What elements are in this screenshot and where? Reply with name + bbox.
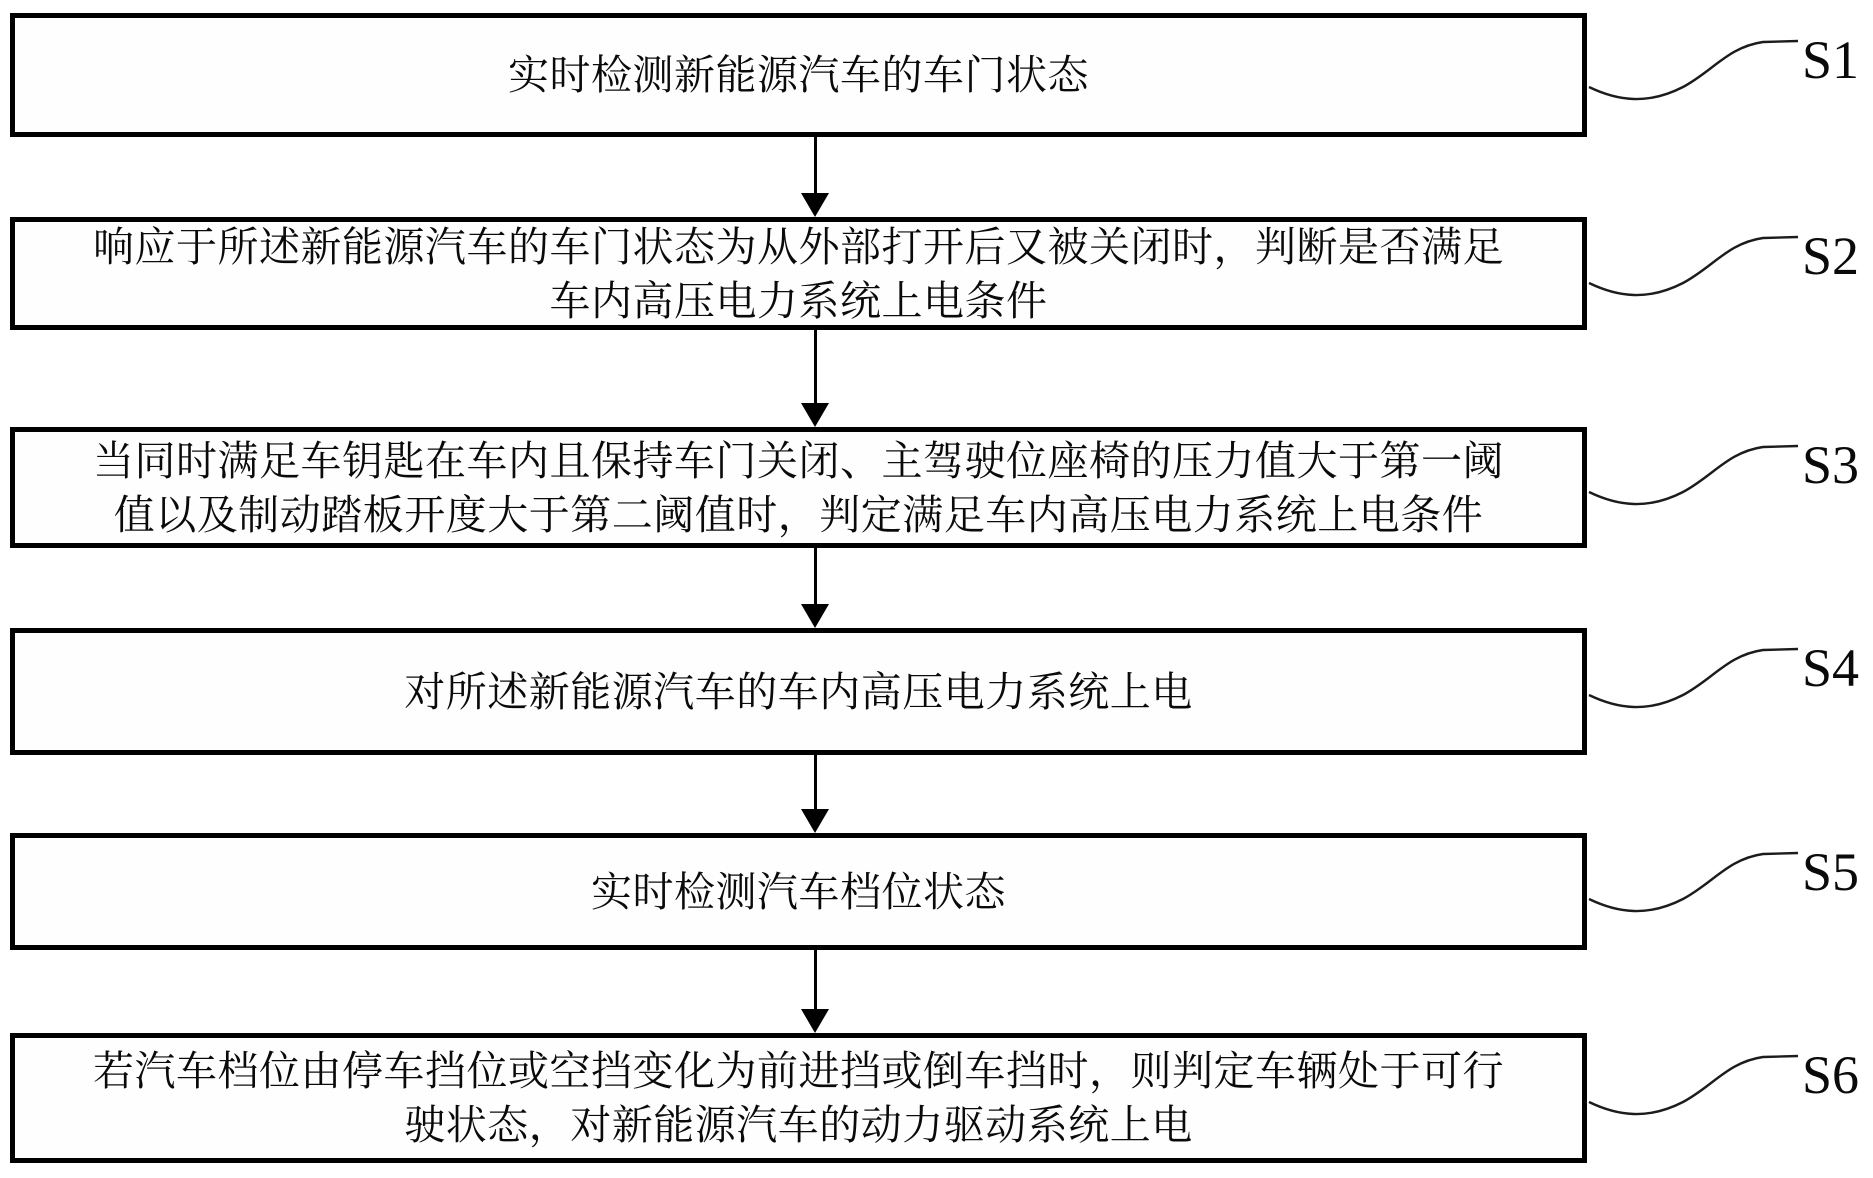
step-label-s1: S1 <box>1802 30 1872 90</box>
arrow-stem <box>814 330 817 403</box>
step-label-s5: S5 <box>1802 842 1872 902</box>
down-arrow-icon <box>801 548 829 628</box>
process-box-s1: 实时检测新能源汽车的车门状态 <box>10 13 1587 137</box>
leader-line-s4 <box>1588 633 1800 713</box>
flowchart-canvas: 实时检测新能源汽车的车门状态 响应于所述新能源汽车的车门状态为从外部打开后又被关… <box>0 0 1873 1178</box>
process-box-s5: 实时检测汽车档位状态 <box>10 833 1587 950</box>
leader-line-s6 <box>1588 1040 1800 1120</box>
process-text-s5: 实时检测汽车档位状态 <box>577 865 1020 919</box>
leader-line-s5 <box>1588 837 1800 917</box>
process-text-s6: 若汽车档位由停车挡位或空挡变化为前进挡或倒车挡时，则判定车辆处于可行 驶状态，对… <box>79 1044 1518 1152</box>
down-arrow-icon <box>801 137 829 217</box>
down-arrow-icon <box>801 330 829 427</box>
arrow-stem <box>814 548 817 604</box>
arrow-stem <box>814 950 817 1009</box>
arrow-head <box>801 809 829 833</box>
step-label-s6: S6 <box>1802 1045 1872 1105</box>
arrow-head <box>801 604 829 628</box>
leader-line-s3 <box>1588 430 1800 510</box>
arrow-stem <box>814 137 817 193</box>
leader-line-s1 <box>1588 25 1800 105</box>
arrow-head <box>801 1009 829 1033</box>
process-text-s1: 实时检测新能源汽车的车门状态 <box>494 48 1103 102</box>
process-text-s4: 对所述新能源汽车的车内高压电力系统上电 <box>390 665 1207 719</box>
arrow-stem <box>814 755 817 809</box>
down-arrow-icon <box>801 755 829 833</box>
leader-line-s2 <box>1588 221 1800 301</box>
arrow-head <box>801 193 829 217</box>
process-text-s3: 当同时满足车钥匙在车内且保持车门关闭、主驾驶位座椅的压力值大于第一阈 值以及制动… <box>79 434 1518 542</box>
process-box-s2: 响应于所述新能源汽车的车门状态为从外部打开后又被关闭时，判断是否满足 车内高压电… <box>10 217 1587 330</box>
process-box-s4: 对所述新能源汽车的车内高压电力系统上电 <box>10 628 1587 755</box>
step-label-s2: S2 <box>1802 226 1872 286</box>
process-text-s2: 响应于所述新能源汽车的车门状态为从外部打开后又被关闭时，判断是否满足 车内高压电… <box>79 220 1518 328</box>
process-box-s6: 若汽车档位由停车挡位或空挡变化为前进挡或倒车挡时，则判定车辆处于可行 驶状态，对… <box>10 1033 1587 1163</box>
down-arrow-icon <box>801 950 829 1033</box>
step-label-s3: S3 <box>1802 435 1872 495</box>
step-label-s4: S4 <box>1802 638 1872 698</box>
arrow-head <box>801 403 829 427</box>
process-box-s3: 当同时满足车钥匙在车内且保持车门关闭、主驾驶位座椅的压力值大于第一阈 值以及制动… <box>10 427 1587 548</box>
